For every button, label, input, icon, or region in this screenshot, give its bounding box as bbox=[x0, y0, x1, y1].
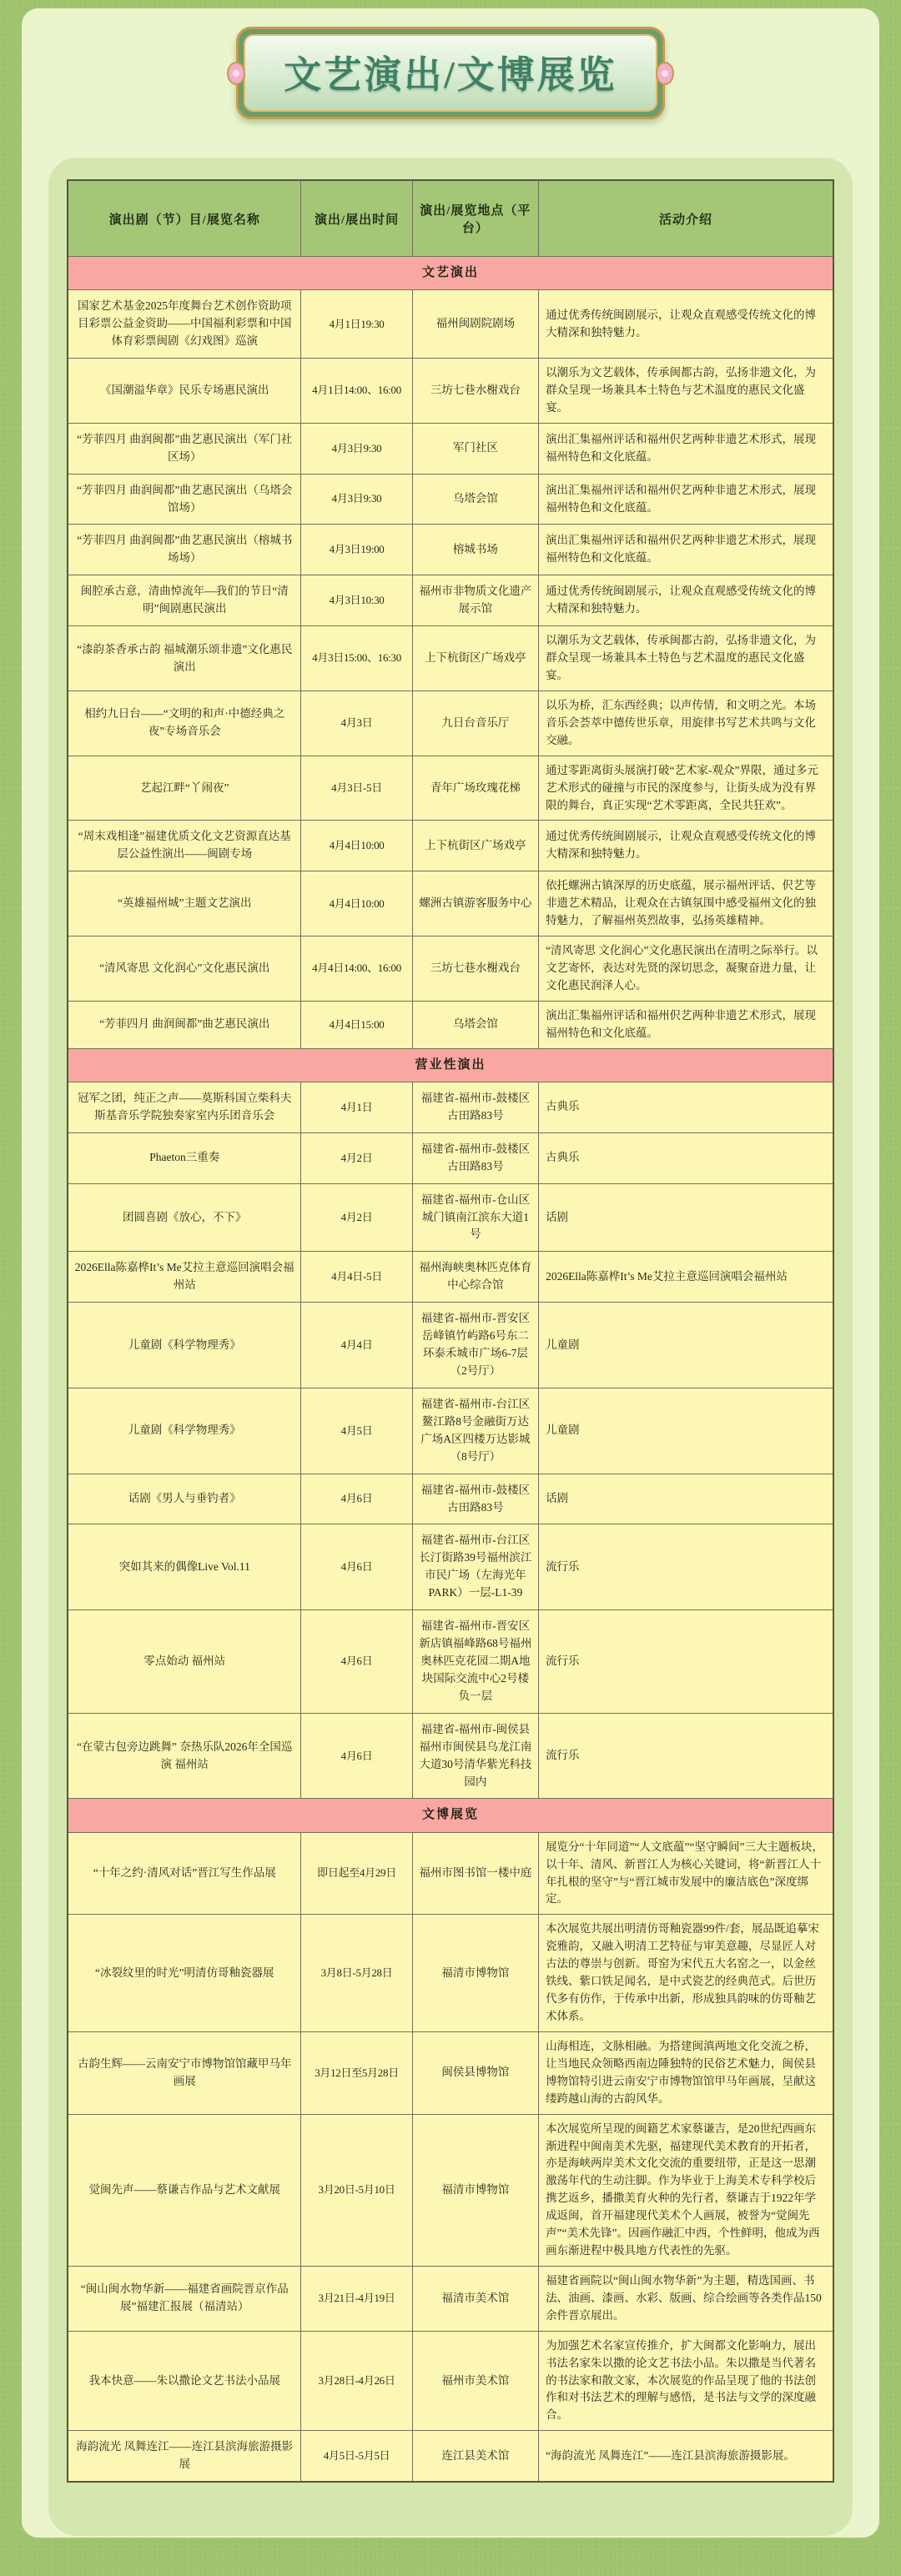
event-time: 3月21日-4月19日 bbox=[301, 2266, 412, 2331]
event-intro: “清风寄思 文化润心”文化惠民演出在清明之际举行。以文艺寄怀，表达对先贤的深切思… bbox=[539, 936, 833, 1002]
event-name: 闽腔承古意，清曲悼流年—我们的节日“清明”闽剧惠民演出 bbox=[68, 575, 301, 626]
event-venue: 福建省-福州市-鼓楼区古田路83号 bbox=[412, 1082, 538, 1132]
table-row: “在蒙古包旁边跳舞” 奈热乐队2026年全国巡演 福州站4月6日福建省-福州市-… bbox=[68, 1713, 833, 1799]
flower-ornament-left-icon bbox=[227, 62, 245, 85]
event-name: 国家艺术基金2025年度舞台艺术创作资助项目彩票公益金资助——中国福利彩票和中国… bbox=[68, 290, 301, 359]
event-intro: 古典乐 bbox=[539, 1132, 833, 1183]
event-venue: 上下杭街区广场戏亭 bbox=[412, 626, 538, 691]
table-row: 国家艺术基金2025年度舞台艺术创作资助项目彩票公益金资助——中国福利彩票和中国… bbox=[68, 290, 833, 359]
event-venue: 福州市图书馆一楼中庭 bbox=[412, 1832, 538, 1915]
events-table: 演出剧（节）目/展览名称演出/展出时间演出/展览地点（平台）活动介绍 文艺演出国… bbox=[67, 179, 834, 2483]
event-name: 海韵流光 凤舞连江——连江县滨海旅游摄影展 bbox=[68, 2431, 301, 2482]
event-venue: 福建省-福州市-闽侯县福州市闽侯县乌龙江南大道30号清华紫光科技园内 bbox=[412, 1713, 538, 1799]
event-intro: 依托螺洲古镇深厚的历史底蕴，展示福州评话、伬艺等非遗艺术精品，让观众在古镇氛围中… bbox=[539, 871, 833, 936]
event-time: 4月3日19:00 bbox=[301, 525, 412, 575]
event-time: 4月3日 bbox=[301, 690, 412, 756]
event-intro: 通过优秀传统闽剧展示，让观众直观感受传统文化的博大精深和独特魅力。 bbox=[539, 290, 833, 359]
event-intro: 福建省画院以“闽山闽水物华新”为主题，精选国画、书法、油画、漆画、水彩、版画、综… bbox=[539, 2266, 833, 2331]
event-venue: 九日台音乐厅 bbox=[412, 690, 538, 756]
table-row: “芳菲四月 曲润闽都”曲艺惠民演出4月4日15:00乌塔会馆演出汇集福州评话和福… bbox=[68, 1001, 833, 1048]
table-row: 2026Ella陈嘉桦It’s Me艾拉主意巡回演唱会福州站4月4日-5日福州海… bbox=[68, 1252, 833, 1303]
event-name: 团圆喜剧《放心，不下》 bbox=[68, 1183, 301, 1252]
event-time: 4月3日10:30 bbox=[301, 575, 412, 626]
event-name: 艺起江畔“丫闹夜” bbox=[68, 756, 301, 821]
event-intro: 话剧 bbox=[539, 1183, 833, 1252]
table-row: “清风寄思 文化润心”文化惠民演出4月4日14:00、16:00三坊七巷水榭戏台… bbox=[68, 936, 833, 1002]
column-header: 演出/展出时间 bbox=[301, 180, 412, 257]
event-time: 4月5日-5月5日 bbox=[301, 2431, 412, 2482]
table-row: “芳菲四月 曲润闽都”曲艺惠民演出（军门社区场）4月3日9:30军门社区演出汇集… bbox=[68, 423, 833, 474]
event-intro: “海韵流光 凤舞连江”——连江县滨海旅游摄影展。 bbox=[539, 2431, 833, 2482]
event-intro: 2026Ella陈嘉桦It’s Me艾拉主意巡回演唱会福州站 bbox=[539, 1252, 833, 1303]
event-time: 3月20日-5月10日 bbox=[301, 2114, 412, 2266]
table-row: “芳菲四月 曲润闽都”曲艺惠民演出（乌塔会馆场）4月3日9:30乌塔会馆演出汇集… bbox=[68, 474, 833, 525]
table-row: 团圆喜剧《放心，不下》4月2日福建省-福州市-仓山区城门镇南江滨东大道1号话剧 bbox=[68, 1183, 833, 1252]
event-name: 儿童剧《科学物理秀》 bbox=[68, 1303, 301, 1388]
column-header: 活动介绍 bbox=[539, 180, 833, 257]
event-intro: 儿童剧 bbox=[539, 1388, 833, 1474]
event-time: 4月6日 bbox=[301, 1474, 412, 1524]
event-time: 4月4日14:00、16:00 bbox=[301, 936, 412, 1002]
table-row: “冰裂纹里的时光”明清仿哥釉瓷器展3月8日-5月28日福清市博物馆本次展览共展出… bbox=[68, 1915, 833, 2032]
event-name: 觉闽先声——蔡谦吉作品与艺术文献展 bbox=[68, 2114, 301, 2266]
event-intro: 流行乐 bbox=[539, 1610, 833, 1714]
event-time: 4月1日14:00、16:00 bbox=[301, 359, 412, 424]
event-venue: 福建省-福州市-仓山区城门镇南江滨东大道1号 bbox=[412, 1183, 538, 1252]
event-intro: 演出汇集福州评话和福州伬艺两种非遗艺术形式，展现福州特色和文化底蕴。 bbox=[539, 525, 833, 575]
table-row: 冠军之团，纯正之声——莫斯科国立柴科夫斯基音乐学院独奏家室内乐团音乐会4月1日福… bbox=[68, 1082, 833, 1132]
event-intro: 流行乐 bbox=[539, 1713, 833, 1799]
event-name: 冠军之团，纯正之声——莫斯科国立柴科夫斯基音乐学院独奏家室内乐团音乐会 bbox=[68, 1082, 301, 1132]
table-row: 零点始动 福州站4月6日福建省-福州市-晋安区新店镇福峰路68号福州奥林匹克花园… bbox=[68, 1610, 833, 1714]
event-intro: 通过优秀传统闽剧展示，让观众直观感受传统文化的博大精深和独特魅力。 bbox=[539, 821, 833, 871]
event-name: “漆韵茶香承古韵 福城潮乐颂非遗”文化惠民演出 bbox=[68, 626, 301, 691]
event-intro: 以潮乐为文艺载体，传承闽都古韵，弘扬非遗文化，为群众呈现一场兼具本土特色与艺术温… bbox=[539, 359, 833, 424]
event-venue: 乌塔会馆 bbox=[412, 1001, 538, 1048]
event-venue: 福清市博物馆 bbox=[412, 1915, 538, 2032]
event-name: “芳菲四月 曲润闽都”曲艺惠民演出 bbox=[68, 1001, 301, 1048]
table-row: 古韵生辉——云南安宁市博物馆馆藏甲马年画展3月12日至5月28日闽侯县博物馆山海… bbox=[68, 2031, 833, 2114]
event-venue: 福建省-福州市-鼓楼区古田路83号 bbox=[412, 1474, 538, 1524]
title-plaque: 文艺演出/文博展览 bbox=[236, 27, 665, 119]
table-row: 儿童剧《科学物理秀》4月5日福建省-福州市-台江区鳌江路8号金融街万达广场A区四… bbox=[68, 1388, 833, 1474]
column-header: 演出/展览地点（平台） bbox=[412, 180, 538, 257]
event-name: “在蒙古包旁边跳舞” 奈热乐队2026年全国巡演 福州站 bbox=[68, 1713, 301, 1799]
event-venue: 三坊七巷水榭戏台 bbox=[412, 359, 538, 424]
event-time: 4月3日15:00、16:30 bbox=[301, 626, 412, 691]
event-venue: 福建省-福州市-台江区鳌江路8号金融街万达广场A区四楼万达影城（8号厅） bbox=[412, 1388, 538, 1474]
event-intro: 本次展览所呈现的闽籍艺术家蔡谦吉，是20世纪西画东渐进程中闽南美术先驱，福建现代… bbox=[539, 2114, 833, 2266]
event-time: 4月6日 bbox=[301, 1713, 412, 1799]
event-name: “芳菲四月 曲润闽都”曲艺惠民演出（榕城书场场） bbox=[68, 525, 301, 575]
event-venue: 连江县美术馆 bbox=[412, 2431, 538, 2482]
event-intro: 通过零距离街头展演打破“艺术家-观众”界限，通过多元艺术形式的碰撞与市民的深度参… bbox=[539, 756, 833, 821]
event-name: “周末戏相逢”福建优质文化文艺资源直达基层公益性演出——闽剧专场 bbox=[68, 821, 301, 871]
event-venue: 三坊七巷水榭戏台 bbox=[412, 936, 538, 1002]
event-venue: 福州市美术馆 bbox=[412, 2331, 538, 2431]
table-row: “英雄福州城”主题文艺演出4月4日10:00螺洲古镇游客服务中心依托螺洲古镇深厚… bbox=[68, 871, 833, 936]
event-name: “英雄福州城”主题文艺演出 bbox=[68, 871, 301, 936]
event-intro: 演出汇集福州评话和福州伬艺两种非遗艺术形式，展现福州特色和文化底蕴。 bbox=[539, 423, 833, 474]
event-time: 4月4日15:00 bbox=[301, 1001, 412, 1048]
event-time: 3月8日-5月28日 bbox=[301, 1915, 412, 2032]
event-time: 4月4日10:00 bbox=[301, 821, 412, 871]
table-row: “芳菲四月 曲润闽都”曲艺惠民演出（榕城书场场）4月3日19:00榕城书场演出汇… bbox=[68, 525, 833, 575]
event-name: 我本快意——朱以撒论文艺书法小品展 bbox=[68, 2331, 301, 2431]
section-header: 文博展览 bbox=[68, 1799, 833, 1832]
section-row: 文博展览 bbox=[68, 1799, 833, 1832]
section-row: 营业性演出 bbox=[68, 1048, 833, 1082]
table-row: 闽腔承古意，清曲悼流年—我们的节日“清明”闽剧惠民演出4月3日10:30福州市非… bbox=[68, 575, 833, 626]
event-name: “闽山闽水物华新——福建省画院晋京作品展”福建汇报展（福清站） bbox=[68, 2266, 301, 2331]
event-intro: 演出汇集福州评话和福州伬艺两种非遗艺术形式，展现福州特色和文化底蕴。 bbox=[539, 474, 833, 525]
event-name: “芳菲四月 曲润闽都”曲艺惠民演出（乌塔会馆场） bbox=[68, 474, 301, 525]
event-venue: 福建省-福州市-晋安区岳峰镇竹屿路6号东二环泰禾城市广场6-7层（2号厅） bbox=[412, 1303, 538, 1388]
table-row: 相约九日台——“文明的和声·中德经典之夜”专场音乐会4月3日九日台音乐厅以乐为桥… bbox=[68, 690, 833, 756]
table-row: 觉闽先声——蔡谦吉作品与艺术文献展3月20日-5月10日福清市博物馆本次展览所呈… bbox=[68, 2114, 833, 2266]
event-time: 4月6日 bbox=[301, 1610, 412, 1714]
event-intro: 古典乐 bbox=[539, 1082, 833, 1132]
event-intro: 话剧 bbox=[539, 1474, 833, 1524]
table-row: 我本快意——朱以撒论文艺书法小品展3月28日-4月26日福州市美术馆为加强艺术名… bbox=[68, 2331, 833, 2431]
event-name: “十年之约·清风对话”晋江写生作品展 bbox=[68, 1832, 301, 1915]
event-venue: 军门社区 bbox=[412, 423, 538, 474]
event-name: 儿童剧《科学物理秀》 bbox=[68, 1388, 301, 1474]
event-intro: 以潮乐为文艺载体，传承闽都古韵，弘扬非遗文化，为群众呈现一场兼具本土特色与艺术温… bbox=[539, 626, 833, 691]
section-header: 文艺演出 bbox=[68, 257, 833, 290]
event-intro: 为加强艺术名家宣传推介，扩大闽都文化影响力，展出书法名家朱以撒的论文艺书法小品。… bbox=[539, 2331, 833, 2431]
section-header: 营业性演出 bbox=[68, 1048, 833, 1082]
event-venue: 螺洲古镇游客服务中心 bbox=[412, 871, 538, 936]
event-name: 《国潮溢华章》民乐专场惠民演出 bbox=[68, 359, 301, 424]
table-header: 演出剧（节）目/展览名称演出/展出时间演出/展览地点（平台）活动介绍 bbox=[68, 180, 833, 257]
content-frame: 文艺演出/文博展览 演出剧（节）目/展览名称演出/展出时间演出/展览地点（平台）… bbox=[22, 8, 879, 2538]
event-time: 4月4日10:00 bbox=[301, 871, 412, 936]
event-time: 4月3日-5日 bbox=[301, 756, 412, 821]
flower-ornament-right-icon bbox=[656, 62, 674, 85]
event-venue: 榕城书场 bbox=[412, 525, 538, 575]
event-intro: 儿童剧 bbox=[539, 1303, 833, 1388]
event-venue: 福建省-福州市-晋安区新店镇福峰路68号福州奥林匹克花园二期A地块国际交流中心2… bbox=[412, 1610, 538, 1714]
event-venue: 上下杭街区广场戏亭 bbox=[412, 821, 538, 871]
table-row: 《国潮溢华章》民乐专场惠民演出4月1日14:00、16:00三坊七巷水榭戏台以潮… bbox=[68, 359, 833, 424]
table-row: 艺起江畔“丫闹夜”4月3日-5日青年广场玫瑰花梯通过零距离街头展演打破“艺术家-… bbox=[68, 756, 833, 821]
event-time: 4月5日 bbox=[301, 1388, 412, 1474]
event-name: “芳菲四月 曲润闽都”曲艺惠民演出（军门社区场） bbox=[68, 423, 301, 474]
event-time: 4月4日-5日 bbox=[301, 1252, 412, 1303]
event-time: 4月6日 bbox=[301, 1524, 412, 1610]
table-row: Phaeton三重奏4月2日福建省-福州市-鼓楼区古田路83号古典乐 bbox=[68, 1132, 833, 1183]
event-name: Phaeton三重奏 bbox=[68, 1132, 301, 1183]
table-row: 突如其来的偶像Live Vol.114月6日福建省-福州市-台江区长汀街路39号… bbox=[68, 1524, 833, 1610]
event-time: 3月12日至5月28日 bbox=[301, 2031, 412, 2114]
event-time: 4月2日 bbox=[301, 1183, 412, 1252]
event-time: 4月1日19:30 bbox=[301, 290, 412, 359]
event-time: 4月2日 bbox=[301, 1132, 412, 1183]
event-name: 相约九日台——“文明的和声·中德经典之夜”专场音乐会 bbox=[68, 690, 301, 756]
event-intro: 流行乐 bbox=[539, 1524, 833, 1610]
event-venue: 福州海峡奥林匹克体育中心综合馆 bbox=[412, 1252, 538, 1303]
event-name: 突如其来的偶像Live Vol.11 bbox=[68, 1524, 301, 1610]
column-header: 演出剧（节）目/展览名称 bbox=[68, 180, 301, 257]
event-venue: 福清市博物馆 bbox=[412, 2114, 538, 2266]
event-name: 古韵生辉——云南安宁市博物馆馆藏甲马年画展 bbox=[68, 2031, 301, 2114]
section-row: 文艺演出 bbox=[68, 257, 833, 290]
event-venue: 乌塔会馆 bbox=[412, 474, 538, 525]
event-name: 零点始动 福州站 bbox=[68, 1610, 301, 1714]
event-name: 2026Ella陈嘉桦It’s Me艾拉主意巡回演唱会福州站 bbox=[68, 1252, 301, 1303]
event-intro: 演出汇集福州评话和福州伬艺两种非遗艺术形式，展现福州特色和文化底蕴。 bbox=[539, 1001, 833, 1048]
event-venue: 福州市非物质文化遗产展示馆 bbox=[412, 575, 538, 626]
event-intro: 本次展览共展出明清仿哥釉瓷器99件/套，展品既追摹宋瓷雅韵，又融入明清工艺特征与… bbox=[539, 1915, 833, 2032]
event-time: 4月1日 bbox=[301, 1082, 412, 1132]
table-row: “周末戏相逢”福建优质文化文艺资源直达基层公益性演出——闽剧专场4月4日10:0… bbox=[68, 821, 833, 871]
event-venue: 福建省-福州市-鼓楼区古田路83号 bbox=[412, 1132, 538, 1183]
table-row: 海韵流光 凤舞连江——连江县滨海旅游摄影展4月5日-5月5日连江县美术馆“海韵流… bbox=[68, 2431, 833, 2482]
table-panel: 演出剧（节）目/展览名称演出/展出时间演出/展览地点（平台）活动介绍 文艺演出国… bbox=[48, 158, 853, 2536]
table-row: 儿童剧《科学物理秀》4月4日福建省-福州市-晋安区岳峰镇竹屿路6号东二环泰禾城市… bbox=[68, 1303, 833, 1388]
event-venue: 福州闽剧院剧场 bbox=[412, 290, 538, 359]
page-title: 文艺演出/文博展览 bbox=[284, 44, 617, 98]
event-venue: 福建省-福州市-台江区长汀街路39号福州滨江市民广场（左海光年PARK）一层-L… bbox=[412, 1524, 538, 1610]
event-venue: 福清市美术馆 bbox=[412, 2266, 538, 2331]
event-venue: 青年广场玫瑰花梯 bbox=[412, 756, 538, 821]
event-venue: 闽侯县博物馆 bbox=[412, 2031, 538, 2114]
event-name: 话剧《男人与垂钓者》 bbox=[68, 1474, 301, 1524]
event-time: 4月3日9:30 bbox=[301, 474, 412, 525]
event-intro: 展览分“十年同道”“人文底蕴”“坚守瞬间”三大主题板块，以十年、清风、新晋江人为… bbox=[539, 1832, 833, 1915]
table-row: “十年之约·清风对话”晋江写生作品展即日起至4月29日福州市图书馆一楼中庭展览分… bbox=[68, 1832, 833, 1915]
table-row: 话剧《男人与垂钓者》4月6日福建省-福州市-鼓楼区古田路83号话剧 bbox=[68, 1474, 833, 1524]
table-body: 文艺演出国家艺术基金2025年度舞台艺术创作资助项目彩票公益金资助——中国福利彩… bbox=[68, 257, 833, 2483]
event-name: “清风寄思 文化润心”文化惠民演出 bbox=[68, 936, 301, 1002]
event-time: 即日起至4月29日 bbox=[301, 1832, 412, 1915]
table-row: “闽山闽水物华新——福建省画院晋京作品展”福建汇报展（福清站）3月21日-4月1… bbox=[68, 2266, 833, 2331]
event-name: “冰裂纹里的时光”明清仿哥釉瓷器展 bbox=[68, 1915, 301, 2032]
event-time: 4月3日9:30 bbox=[301, 423, 412, 474]
event-intro: 通过优秀传统闽剧展示，让观众直观感受传统文化的博大精深和独特魅力。 bbox=[539, 575, 833, 626]
table-row: “漆韵茶香承古韵 福城潮乐颂非遗”文化惠民演出4月3日15:00、16:30上下… bbox=[68, 626, 833, 691]
event-intro: 以乐为桥，汇东西经典；以声传情，和文明之光。本场音乐会荟萃中德传世乐章，用旋律书… bbox=[539, 690, 833, 756]
event-time: 4月4日 bbox=[301, 1303, 412, 1388]
event-time: 3月28日-4月26日 bbox=[301, 2331, 412, 2431]
event-intro: 山海相连，文脉相融。为搭建闽滇两地文化交流之桥，让当地民众领略西南边陲独特的民俗… bbox=[539, 2031, 833, 2114]
